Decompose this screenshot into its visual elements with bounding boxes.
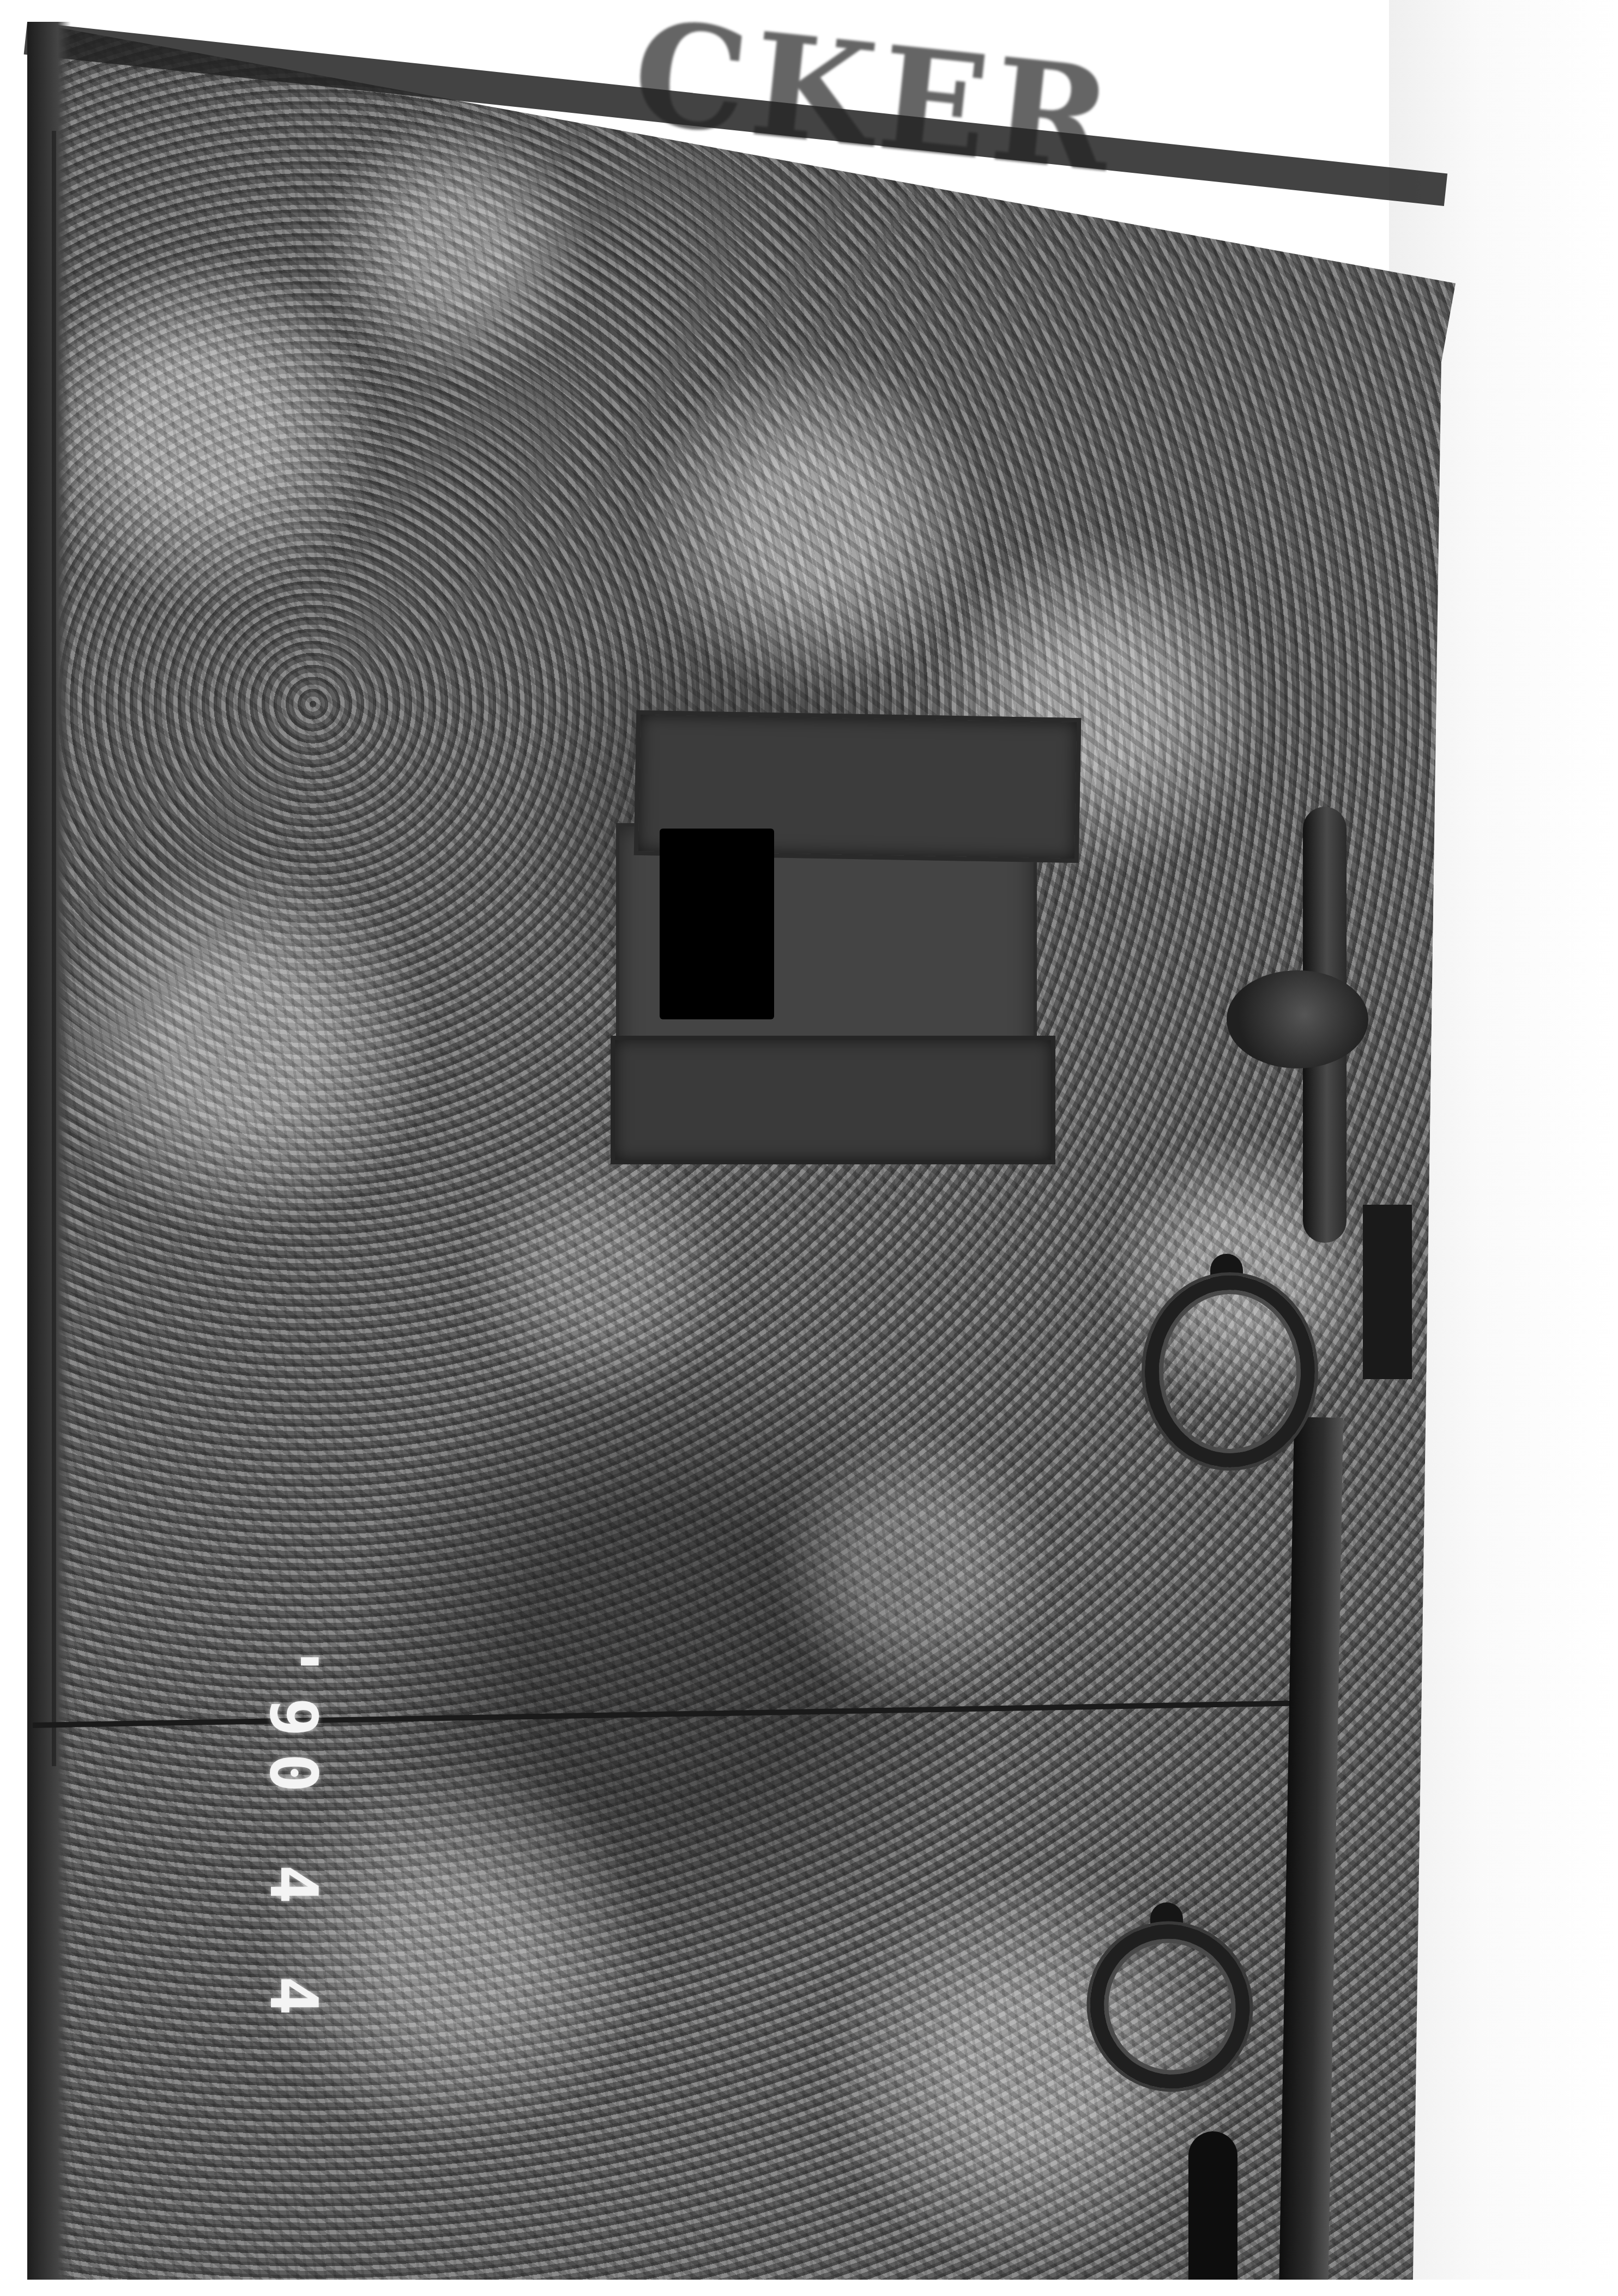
latch-knob [1227,970,1368,1068]
scan-border [0,2280,1618,2296]
bottom-bolt [1188,2131,1237,2296]
hinge-block [1363,1205,1412,1379]
viewing-slot-opening [660,829,774,1019]
photograph: CKER '90 4 4 [0,0,1618,2296]
ring-pull-upper-icon [1145,1276,1315,1467]
door-left-edge [27,22,71,2296]
date-stamp: '90 4 4 [255,1642,331,2032]
slot-cover-bottom [611,1036,1055,1164]
panel-seam-vertical [52,131,56,1766]
